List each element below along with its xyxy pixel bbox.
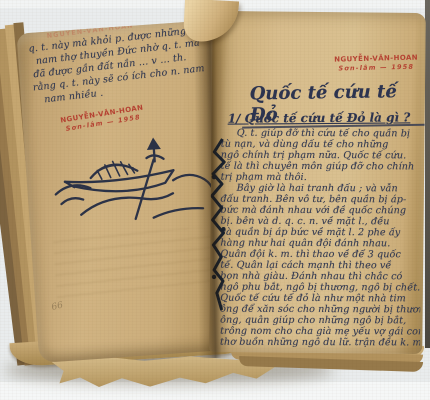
handwriting-line: ông, quân giúp cho những ngô bị bắt, (220, 315, 420, 327)
handwriting-line: đấu tranh. Bên vô tư, bên quần bị áp- (221, 194, 421, 206)
right-page: NGUYỄN-VĂN-HOAN Sơn-lâm — 1958 Quốc tế c… (209, 11, 426, 354)
notebook-photograph: NGUYỄN-VĂN-HOAN q. t. này mà khỏi p. đượ… (0, 0, 430, 400)
handwritten-body: Q. t. giúp đỡ thì cứu tế cho quần bịtù n… (220, 128, 421, 349)
handwriting-line: trị phạm mà thôi. (221, 172, 421, 184)
handwriting-line: Bây giờ là hai tranh đấu ; và vẫn (221, 183, 421, 195)
handwriting-line: ngô phu bắt, ngô bị thương, ngô bị chết. (220, 282, 420, 294)
photo-right-edge (425, 0, 430, 348)
handwriting-line: hàng như hai quân đội đánh nhau. (220, 238, 420, 250)
handwriting-line: Q. t. giúp đỡ thì cứu tế cho quần bị (221, 128, 421, 140)
section-heading: 1/ Quốc tế cứu tế Đỏ là gì ? (228, 110, 411, 125)
handwriting-line: trông nom cho cha già mẹ yếu vợ gái con (220, 326, 420, 338)
handwriting-line: bức mà đánh nhau với đề quốc chúng (220, 205, 420, 217)
handwriting-line: và quần bị áp bức về mặt l. 2 phe ấy (220, 227, 420, 239)
ink-blot-squiggle (209, 137, 238, 312)
handwriting-line: ông để xăn sóc cho những người bị thương (220, 304, 420, 316)
photo-bottom-margin (0, 382, 430, 400)
paragraph: Bây giờ là hai tranh đấu ; và vẫnđấu tra… (220, 183, 421, 349)
left-page: NGUYỄN-VĂN-HOAN q. t. này mà khỏi p. đượ… (16, 20, 237, 363)
boat-sketch (50, 126, 220, 229)
handwriting-line: thơ buồn những ngô du lữ. trận đều k. m. (220, 337, 420, 349)
handwriting-line: ngô chính trị phạm nữa. Quốc tế cứu. (221, 150, 421, 162)
pencil-page-mark: 66 (51, 300, 65, 312)
name-stamp: NGUYỄN-VĂN-HOAN Sơn-lâm — 1958 (334, 54, 418, 73)
name-stamp: NGUYỄN-VĂN-HOAN Sơn-lâm — 1958 (60, 104, 146, 134)
handwriting-line: Quốc tế cứu tế đỏ là như một nhà tim (220, 293, 420, 305)
handwriting-line: bị. bên và d. q. c. n. về mặt l., đều (220, 216, 420, 228)
handwriting-line: tế là thì chuyên môn giúp đỡ cho chính (221, 161, 421, 173)
stamp-place-year: Sơn-lâm — 1958 (334, 63, 418, 73)
handwriting-line: bọn nhà giàu. Đánh nhau thì chắc có (220, 271, 420, 283)
handwriting-line: tù nạn, và dùng dấu tế cho những (221, 139, 421, 151)
handwriting-line: Quân đội k. m. thì thao về để 3 quốc (220, 249, 420, 261)
ink-bleed-through (53, 227, 215, 302)
paragraph: Q. t. giúp đỡ thì cứu tế cho quần bịtù n… (221, 128, 421, 184)
handwriting-line: tế. Quân lại cách mạnh thì theo về (220, 260, 420, 272)
